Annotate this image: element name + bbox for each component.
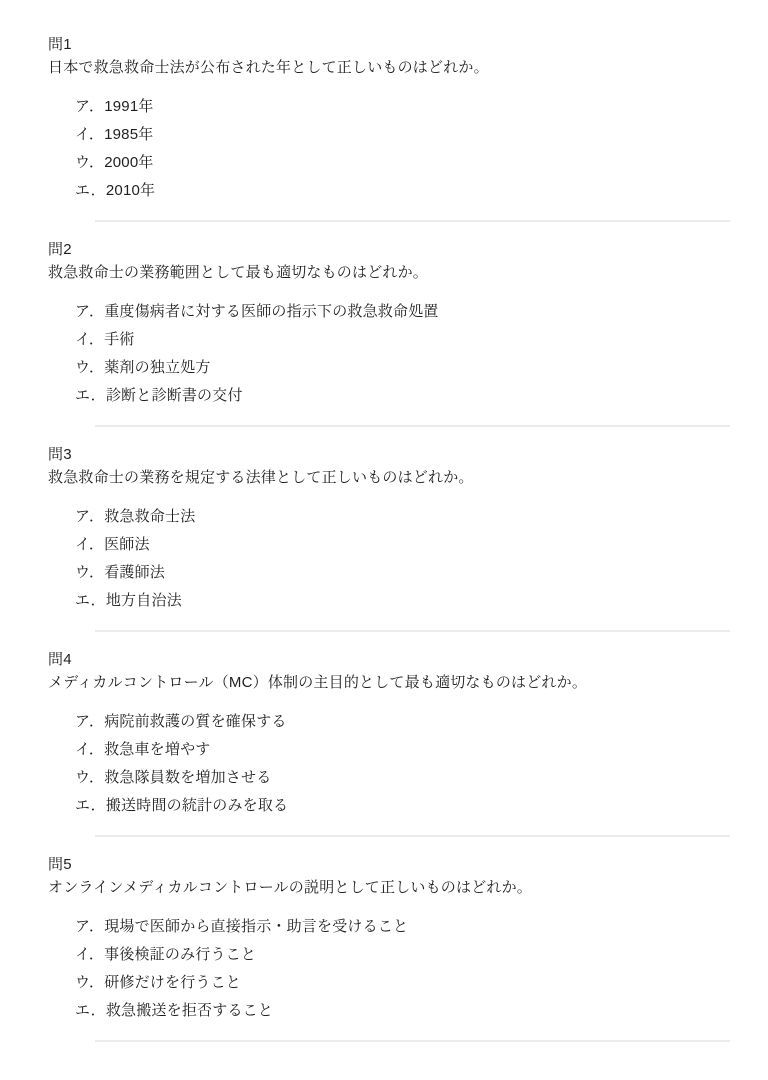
option-text: 手術	[104, 331, 134, 348]
option-marker: エ．	[75, 183, 106, 198]
option-marker: ア．	[75, 509, 104, 524]
divider	[95, 220, 730, 222]
option-marker: エ．	[75, 388, 106, 403]
question-number: 問1	[48, 35, 730, 55]
option-row: ア．病院前救護の質を確保する	[75, 714, 730, 729]
option-marker: イ．	[75, 947, 104, 962]
divider	[95, 630, 730, 632]
option-text: 事後検証のみ行うこと	[104, 946, 256, 963]
option-text: 看護師法	[104, 564, 165, 581]
option-text: 病院前救護の質を確保する	[104, 713, 286, 730]
option-marker: ウ．	[75, 770, 104, 785]
question-number: 問4	[48, 650, 730, 670]
question-text: 日本で救急救命士法が公布された年として正しいものはどれか。	[48, 58, 730, 78]
option-row: ア．現場で医師から直接指示・助言を受けること	[75, 919, 730, 934]
options-list: ア．現場で医師から直接指示・助言を受けること イ．事後検証のみ行うこと ウ．研修…	[48, 919, 730, 1018]
option-row: エ．地方自治法	[75, 593, 730, 608]
option-row: エ．診断と診断書の交付	[75, 388, 730, 403]
option-row: ア．救急救命士法	[75, 509, 730, 524]
question-number: 問2	[48, 240, 730, 260]
option-row: イ．救急車を増やす	[75, 742, 730, 757]
option-row: ア．重度傷病者に対する医師の指示下の救急救命処置	[75, 304, 730, 319]
option-marker: ウ．	[75, 155, 104, 170]
options-list: ア．重度傷病者に対する医師の指示下の救急救命処置 イ．手術 ウ．薬剤の独立処方 …	[48, 304, 730, 403]
option-text: 救急救命士法	[104, 508, 195, 525]
question-block-5: 問5 オンラインメディカルコントロールの説明として正しいものはどれか。 ア．現場…	[48, 855, 730, 1018]
option-marker: ウ．	[75, 565, 104, 580]
divider	[95, 425, 730, 427]
option-row: ア．1991年	[75, 99, 730, 114]
options-list: ア．1991年 イ．1985年 ウ．2000年 エ．2010年	[48, 99, 730, 198]
option-text: 研修だけを行うこと	[104, 974, 241, 991]
option-marker: ア．	[75, 304, 104, 319]
option-marker: ウ．	[75, 975, 104, 990]
option-marker: ア．	[75, 714, 104, 729]
option-row: ウ．2000年	[75, 155, 730, 170]
option-row: エ．救急搬送を拒否すること	[75, 1003, 730, 1018]
option-text: 薬剤の独立処方	[104, 359, 210, 376]
option-marker: イ．	[75, 537, 104, 552]
question-text: オンラインメディカルコントロールの説明として正しいものはどれか。	[48, 878, 730, 898]
question-block-2: 問2 救急救命士の業務範囲として最も適切なものはどれか。 ア．重度傷病者に対する…	[48, 240, 730, 403]
option-row: エ．2010年	[75, 183, 730, 198]
option-text: 救急搬送を拒否すること	[106, 1002, 273, 1019]
question-block-3: 問3 救急救命士の業務を規定する法律として正しいものはどれか。 ア．救急救命士法…	[48, 445, 730, 608]
question-block-1: 問1 日本で救急救命士法が公布された年として正しいものはどれか。 ア．1991年…	[48, 35, 730, 198]
option-text: 2000年	[104, 154, 153, 171]
option-row: ウ．薬剤の独立処方	[75, 360, 730, 375]
option-marker: ア．	[75, 919, 104, 934]
option-marker: イ．	[75, 127, 104, 142]
option-text: 現場で医師から直接指示・助言を受けること	[104, 918, 408, 935]
option-marker: エ．	[75, 593, 106, 608]
option-text: 1991年	[104, 98, 153, 115]
option-text: 1985年	[104, 126, 153, 143]
option-marker: エ．	[75, 1003, 106, 1018]
option-text: 救急車を増やす	[104, 741, 210, 758]
question-text: メディカルコントロール（MC）体制の主目的として最も適切なものはどれか。	[48, 673, 730, 693]
option-row: エ．搬送時間の統計のみを取る	[75, 798, 730, 813]
option-marker: エ．	[75, 798, 106, 813]
question-text: 救急救命士の業務範囲として最も適切なものはどれか。	[48, 263, 730, 283]
option-marker: イ．	[75, 742, 104, 757]
option-marker: ウ．	[75, 360, 104, 375]
option-row: ウ．救急隊員数を増加させる	[75, 770, 730, 785]
question-number: 問5	[48, 855, 730, 875]
option-row: イ．事後検証のみ行うこと	[75, 947, 730, 962]
option-text: 診断と診断書の交付	[106, 387, 243, 404]
option-marker: イ．	[75, 332, 104, 347]
divider	[95, 1040, 730, 1042]
quiz-page: 問1 日本で救急救命士法が公布された年として正しいものはどれか。 ア．1991年…	[0, 0, 768, 1042]
question-text: 救急救命士の業務を規定する法律として正しいものはどれか。	[48, 468, 730, 488]
question-block-4: 問4 メディカルコントロール（MC）体制の主目的として最も適切なものはどれか。 …	[48, 650, 730, 813]
option-text: 重度傷病者に対する医師の指示下の救急救命処置	[104, 303, 438, 320]
options-list: ア．救急救命士法 イ．医師法 ウ．看護師法 エ．地方自治法	[48, 509, 730, 608]
option-row: イ．手術	[75, 332, 730, 347]
option-text: 搬送時間の統計のみを取る	[106, 797, 288, 814]
divider	[95, 835, 730, 837]
option-row: ウ．研修だけを行うこと	[75, 975, 730, 990]
option-row: ウ．看護師法	[75, 565, 730, 580]
options-list: ア．病院前救護の質を確保する イ．救急車を増やす ウ．救急隊員数を増加させる エ…	[48, 714, 730, 813]
option-row: イ．医師法	[75, 537, 730, 552]
option-row: イ．1985年	[75, 127, 730, 142]
option-text: 医師法	[104, 536, 150, 553]
option-marker: ア．	[75, 99, 104, 114]
option-text: 地方自治法	[106, 592, 182, 609]
option-text: 救急隊員数を増加させる	[104, 769, 271, 786]
option-text: 2010年	[106, 182, 155, 199]
question-number: 問3	[48, 445, 730, 465]
